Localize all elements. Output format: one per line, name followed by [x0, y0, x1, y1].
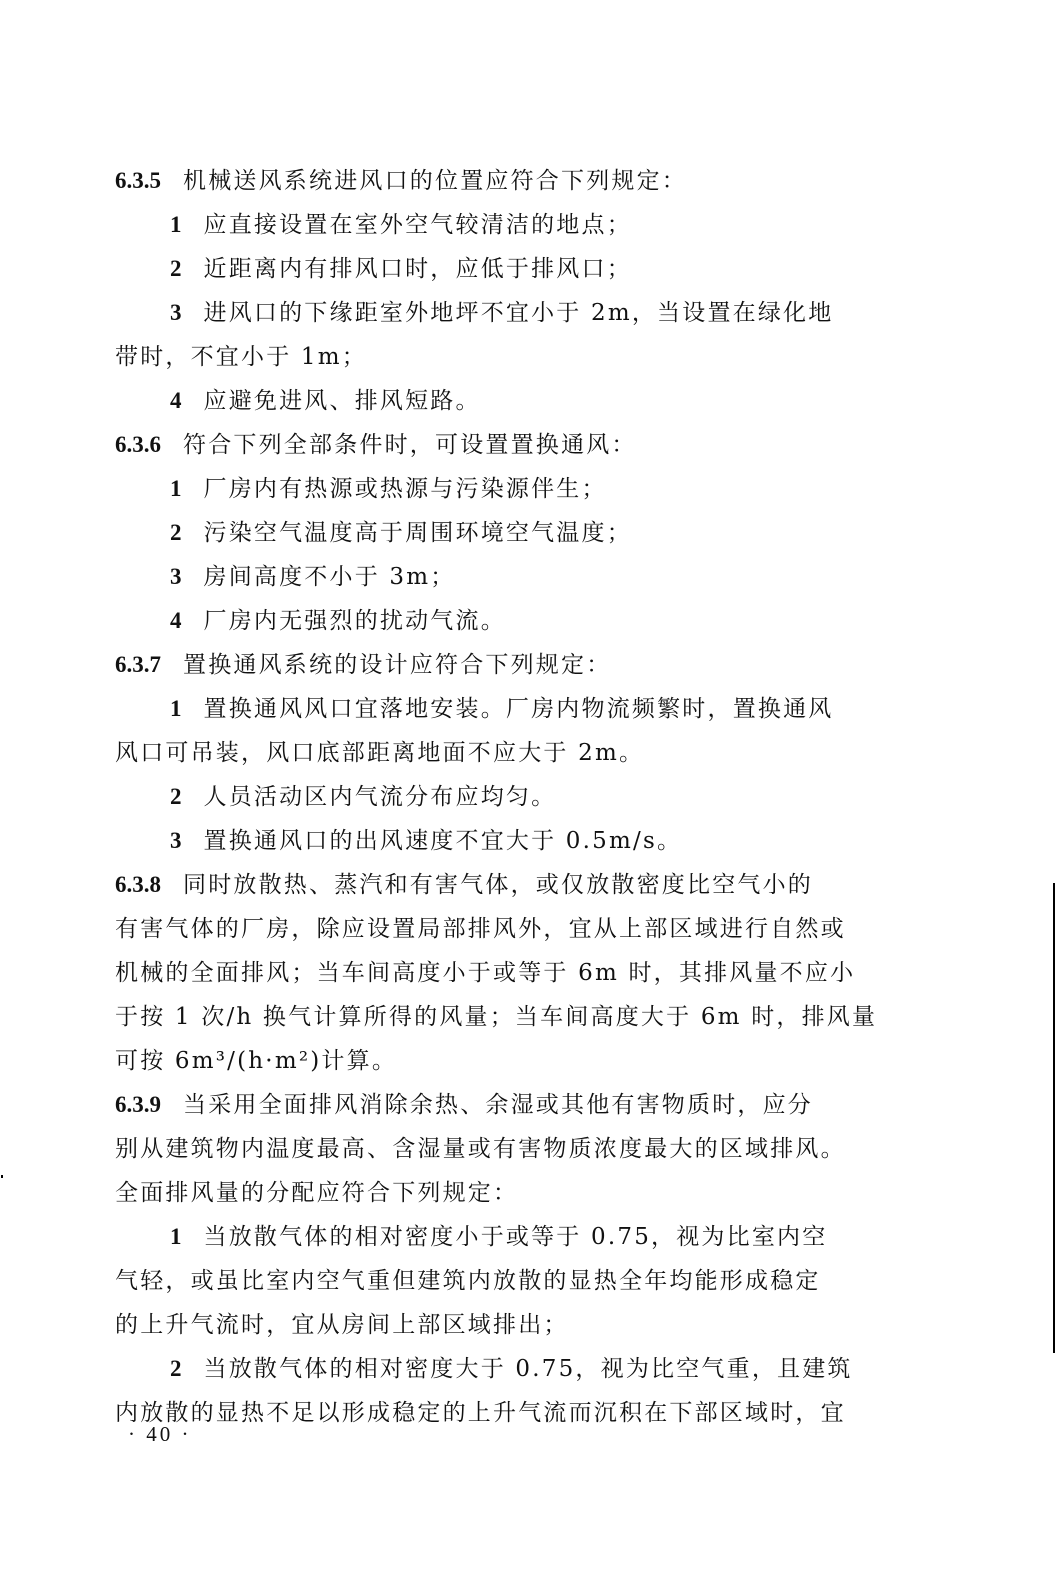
clause-number: 6.3.7	[115, 648, 161, 682]
list-item: 3置换通风口的出风速度不宜大于 0.5m/s。	[170, 824, 985, 858]
continuation-line: 带时，不宜小于 1m；	[115, 340, 930, 374]
item-number: 3	[170, 824, 182, 858]
continuation-line: 有害气体的厂房，除应设置局部排风外，宜从上部区域进行自然或	[115, 912, 930, 946]
continuation-line: 于按 1 次/h 换气计算所得的风量；当车间高度大于 6m 时，排风量	[115, 1000, 930, 1034]
item-text: 当放散气体的相对密度大于 0.75，视为比空气重，且建筑	[204, 1356, 853, 1382]
list-item: 1当放散气体的相对密度小于或等于 0.75，视为比室内空	[170, 1220, 985, 1254]
item-text: 当放散气体的相对密度小于或等于 0.75，视为比室内空	[204, 1224, 828, 1250]
item-number: 1	[170, 208, 182, 242]
list-item: 4应避免进风、排风短路。	[170, 384, 985, 418]
item-number: 2	[170, 516, 182, 550]
continuation-line: 别从建筑物内温度最高、含湿量或有害物质浓度最大的区域排风。	[115, 1132, 930, 1166]
item-text: 进风口的下缘距室外地坪不宜小于 2m，当设置在绿化地	[204, 300, 834, 326]
clause-6-3-7: 6.3.7置换通风系统的设计应符合下列规定：	[115, 648, 930, 682]
continuation-line: 机械的全面排风；当车间高度小于或等于 6m 时，其排风量不应小	[115, 956, 930, 990]
continuation-line: 气轻，或虽比室内空气重但建筑内放散的显热全年均能形成稳定	[115, 1264, 930, 1298]
item-number: 1	[170, 692, 182, 726]
item-number: 4	[170, 384, 182, 418]
clause-6-3-6: 6.3.6符合下列全部条件时，可设置置换通风：	[115, 428, 930, 462]
clause-number: 6.3.8	[115, 868, 161, 902]
continuation-line: 全面排风量的分配应符合下列规定：	[115, 1176, 930, 1210]
list-item: 2近距离内有排风口时，应低于排风口；	[170, 252, 985, 286]
clause-text: 当采用全面排风消除余热、余湿或其他有害物质时，应分	[183, 1092, 813, 1118]
continuation-line: 可按 6m³/(h·m²)计算。	[115, 1044, 930, 1078]
clause-number: 6.3.9	[115, 1088, 161, 1122]
list-item: 1置换通风风口宜落地安装。厂房内物流频繁时，置换通风	[170, 692, 985, 726]
list-item: 3房间高度不小于 3m；	[170, 560, 985, 594]
item-text: 应直接设置在室外空气较清洁的地点；	[204, 212, 632, 238]
line-text: 于按 1 次/h 换气计算所得的风量；当车间高度大于 6m 时，排风量	[115, 1004, 877, 1030]
line-text: 可按 6m³/(h·m²)计算。	[115, 1048, 397, 1074]
clause-number: 6.3.6	[115, 428, 161, 462]
item-text: 置换通风风口宜落地安装。厂房内物流频繁时，置换通风	[204, 696, 834, 722]
item-number: 2	[170, 780, 182, 814]
page-number: · 40 ·	[128, 1422, 192, 1447]
list-item: 2人员活动区内气流分布应均匀。	[170, 780, 985, 814]
continuation-line: 的上升气流时，宜从房间上部区域排出；	[115, 1308, 930, 1342]
scan-edge-line	[1053, 883, 1055, 1353]
item-number: 2	[170, 252, 182, 286]
line-text: 气轻，或虽比室内空气重但建筑内放散的显热全年均能形成稳定	[115, 1268, 821, 1294]
clause-text: 符合下列全部条件时，可设置置换通风：	[183, 432, 637, 458]
line-text: 全面排风量的分配应符合下列规定：	[115, 1180, 518, 1206]
line-text: 带时，不宜小于 1m；	[115, 344, 367, 370]
line-text: 别从建筑物内温度最高、含湿量或有害物质浓度最大的区域排风。	[115, 1136, 846, 1162]
item-number: 2	[170, 1352, 182, 1386]
continuation-line: 风口可吊装，风口底部距离地面不应大于 2m。	[115, 736, 930, 770]
item-text: 近距离内有排风口时，应低于排风口；	[204, 256, 632, 282]
item-number: 1	[170, 1220, 182, 1254]
clause-6-3-5: 6.3.5机械送风系统进风口的位置应符合下列规定：	[115, 164, 930, 198]
item-text: 房间高度不小于 3m；	[204, 564, 456, 590]
item-text: 置换通风口的出风速度不宜大于 0.5m/s。	[204, 828, 683, 854]
clause-6-3-9: 6.3.9当采用全面排风消除余热、余湿或其他有害物质时，应分	[115, 1088, 930, 1122]
document-page: 6.3.5机械送风系统进风口的位置应符合下列规定： 1应直接设置在室外空气较清洁…	[0, 0, 1056, 1579]
list-item: 1应直接设置在室外空气较清洁的地点；	[170, 208, 985, 242]
continuation-line: 内放散的显热不足以形成稳定的上升气流而沉积在下部区域时，宜	[115, 1396, 930, 1430]
clause-number: 6.3.5	[115, 164, 161, 198]
list-item: 2当放散气体的相对密度大于 0.75，视为比空气重，且建筑	[170, 1352, 985, 1386]
list-item: 2污染空气温度高于周围环境空气温度；	[170, 516, 985, 550]
item-number: 4	[170, 604, 182, 638]
list-item: 1厂房内有热源或热源与污染源伴生；	[170, 472, 985, 506]
scan-artifact-dot	[1, 1175, 3, 1178]
item-text: 厂房内有热源或热源与污染源伴生；	[204, 476, 607, 502]
clause-6-3-8: 6.3.8同时放散热、蒸汽和有害气体，或仅放散密度比空气小的	[115, 868, 930, 902]
line-text: 机械的全面排风；当车间高度小于或等于 6m 时，其排风量不应小	[115, 960, 855, 986]
list-item: 4厂房内无强烈的扰动气流。	[170, 604, 985, 638]
line-text: 有害气体的厂房，除应设置局部排风外，宜从上部区域进行自然或	[115, 916, 846, 942]
item-text: 人员活动区内气流分布应均匀。	[204, 784, 557, 810]
item-text: 厂房内无强烈的扰动气流。	[204, 608, 506, 634]
clause-text: 置换通风系统的设计应符合下列规定：	[183, 652, 611, 678]
line-text: 的上升气流时，宜从房间上部区域排出；	[115, 1312, 569, 1338]
item-text: 应避免进风、排风短路。	[204, 388, 481, 414]
item-text: 污染空气温度高于周围环境空气温度；	[204, 520, 632, 546]
clause-text: 机械送风系统进风口的位置应符合下列规定：	[183, 168, 687, 194]
line-text: 内放散的显热不足以形成稳定的上升气流而沉积在下部区域时，宜	[115, 1400, 846, 1426]
line-text: 风口可吊装，风口底部距离地面不应大于 2m。	[115, 740, 644, 766]
list-item: 3进风口的下缘距室外地坪不宜小于 2m，当设置在绿化地	[170, 296, 985, 330]
clause-text: 同时放散热、蒸汽和有害气体，或仅放散密度比空气小的	[183, 872, 813, 898]
item-number: 1	[170, 472, 182, 506]
item-number: 3	[170, 560, 182, 594]
item-number: 3	[170, 296, 182, 330]
